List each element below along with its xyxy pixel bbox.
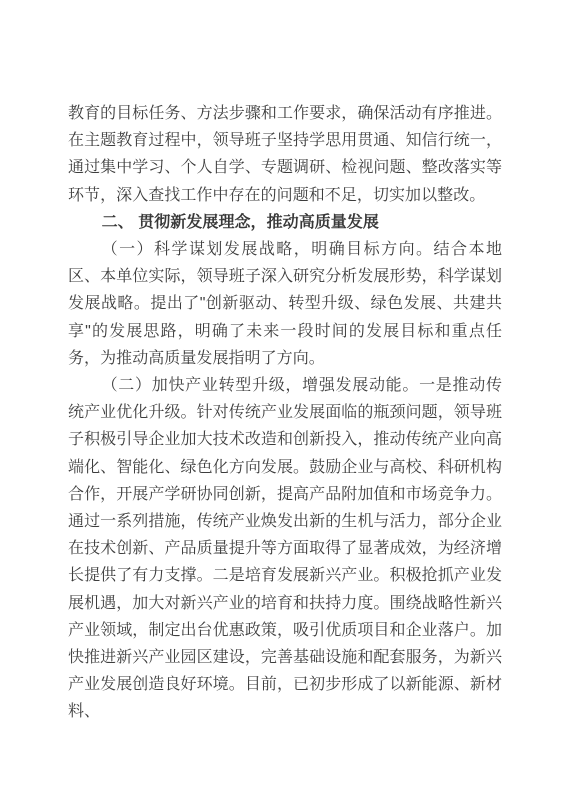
document-page: 教育的目标任务、方法步骤和工作要求，确保活动有序推进。在主题教育过程中，领导班子… <box>0 0 570 807</box>
paragraph-subsection-2: （二）加快产业转型升级，增强发展动能。一是推动传统产业优化升级。针对传统产业发展… <box>68 372 502 726</box>
document-body: 教育的目标任务、方法步骤和工作要求，确保活动有序推进。在主题教育过程中，领导班子… <box>68 100 502 726</box>
paragraph-subsection-1: （一）科学谋划发展战略，明确目标方向。结合本地区、本单位实际，领导班子深入研究分… <box>68 236 502 372</box>
section-heading: 二、 贯彻新发展理念，推动高质量发展 <box>68 209 502 236</box>
paragraph-continuation: 教育的目标任务、方法步骤和工作要求，确保活动有序推进。在主题教育过程中，领导班子… <box>68 100 502 209</box>
